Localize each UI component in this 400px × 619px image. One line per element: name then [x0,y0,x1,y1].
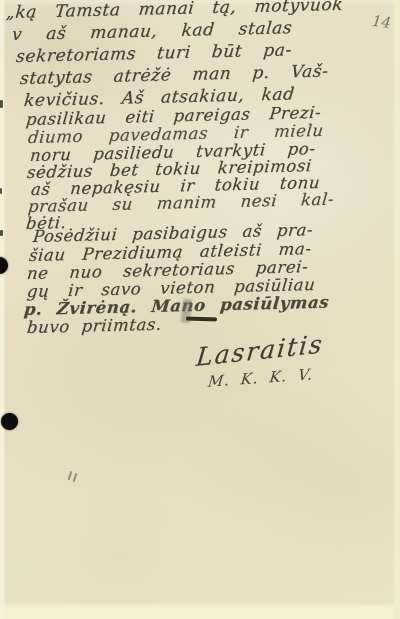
pencil-tick-mark [73,473,77,482]
scan-speck [0,230,3,236]
handwriting-line: „ką Tamsta manai tą, motyvuok [5,0,344,23]
punch-hole [0,257,8,274]
signature-initials: M. K. K. V. [207,365,314,391]
ink-strike-mark [186,317,217,321]
handwriting-line: buvo priimtas. [26,315,163,337]
pencil-page-number: 14 [371,12,392,32]
scan-speck [0,188,2,194]
pencil-tick-mark [68,471,72,480]
letter-page: „ką Tamsta manai tą, motyvuok v aš manau… [0,0,400,619]
scan-speck [0,100,3,108]
punch-hole [1,413,18,430]
